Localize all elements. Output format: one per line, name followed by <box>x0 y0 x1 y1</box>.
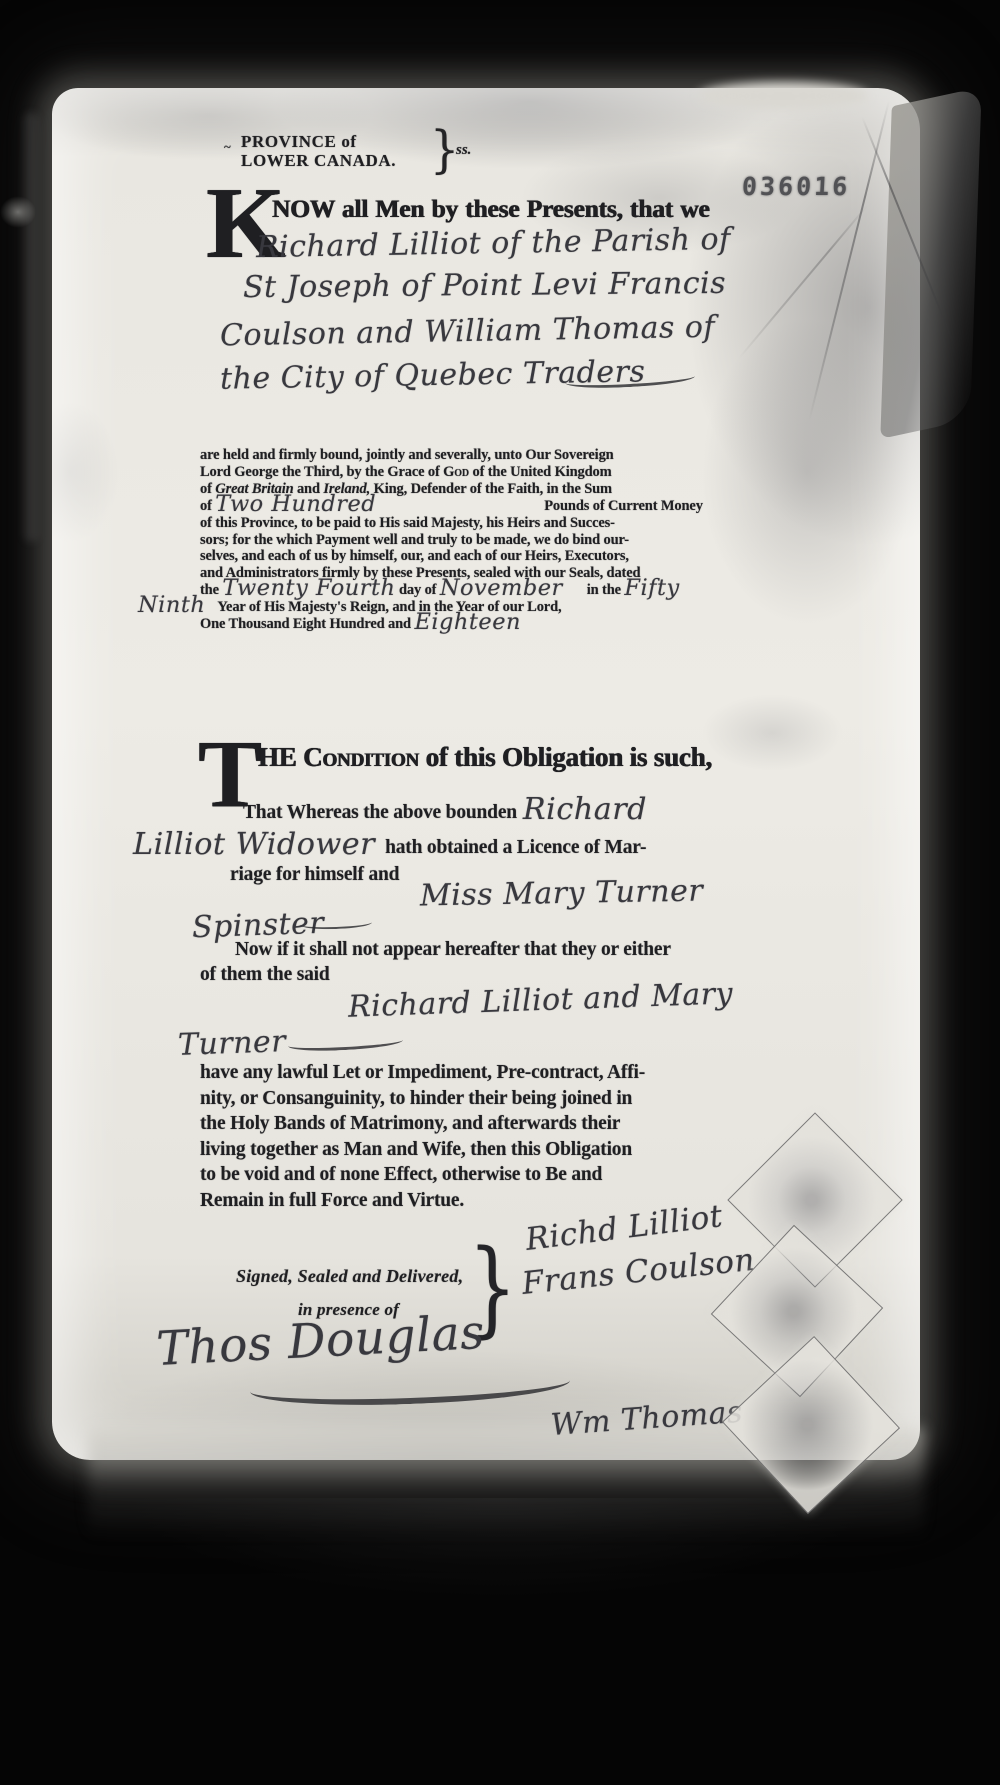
text-segment: sors; for the which Payment well and tru… <box>200 532 629 548</box>
scanned-document-page: ~ PROVINCE of LOWER CANADA. } ss. 036016… <box>0 0 1000 1785</box>
signed-sealed-line: Signed, Sealed and Delivered, <box>236 1266 463 1287</box>
scan-shadow <box>120 1498 880 1598</box>
text-segment: of <box>200 498 215 514</box>
scan-edge-artifact <box>24 112 38 542</box>
condition-heading: HE Condition of this Obligation is such, <box>258 742 712 773</box>
handwritten-parties-line4: the City of Quebec Traders <box>220 354 646 396</box>
text-segment: of this Obligation is such, <box>419 742 712 772</box>
jurat-ss-abbreviation: ss. <box>456 142 471 159</box>
text-line: sors; for the which Payment well and tru… <box>200 532 712 549</box>
condition-body-paragraph: have any lawful Let or Impediment, Pre-c… <box>200 1060 728 1214</box>
text-line: nity, or Consanguinity, to hinder their … <box>200 1086 728 1112</box>
bond-paragraph: are held and firmly bound, jointly and s… <box>200 447 712 633</box>
opening-heading: NOW all Men by these Presents, that we <box>272 194 710 224</box>
text-segment: in the <box>587 582 625 598</box>
text-line: Lilliot Widowerhath obtained a Licence o… <box>133 835 646 861</box>
text-segment: hath obtained a Licence of Mar- <box>385 837 646 858</box>
jurat-brace: } <box>430 124 459 175</box>
licence-line: Lilliot Widowerhath obtained a Licence o… <box>133 835 646 861</box>
handwritten-insertion: Richard <box>523 792 647 827</box>
text-segment: That Whereas the above bounden <box>243 802 517 823</box>
now-if-line2: of them the said <box>200 962 330 988</box>
text-line: of Two HundredPounds of Current Money <box>200 498 712 515</box>
text-segment: of this Province, to be paid to His said… <box>200 515 615 531</box>
text-line: of this Province, to be paid to His said… <box>200 515 712 532</box>
text-segment: selves, and each of us by himself, our, … <box>200 548 629 564</box>
handwritten-bride-name: Miss Mary Turner <box>420 874 704 914</box>
text-line: HE Condition of this Obligation is such, <box>258 742 712 773</box>
handwritten-insertion: Eighteen <box>414 609 521 635</box>
text-line: That Whereas the above boundenRichard <box>243 800 647 826</box>
handwritten-turner: Turner <box>177 1024 286 1063</box>
stamp-number: 036016 <box>741 172 851 201</box>
text-line: Lord George the Third, by the Grace of G… <box>200 464 712 481</box>
text-line: the Twenty Fourth day of Novemberin the … <box>200 582 712 599</box>
text-line: are held and firmly bound, jointly and s… <box>200 447 712 464</box>
text-line: living together as Man and Wife, then th… <box>200 1137 728 1163</box>
jurat-caption: PROVINCE of LOWER CANADA. <box>241 133 396 170</box>
text-line: the Holy Bands of Matrimony, and afterwa… <box>200 1111 728 1137</box>
text-line: selves, and each of us by himself, our, … <box>200 548 712 565</box>
paper-corner-flap <box>880 87 981 439</box>
handwritten-insertion: Fifty <box>624 575 679 601</box>
text-line: One Thousand Eight Hundred and Eighteen <box>200 616 712 633</box>
text-line: to be void and of none Effect, otherwise… <box>200 1162 728 1188</box>
text-segment: of the United Kingdom <box>469 464 612 480</box>
text-segment: Pounds of Current Money <box>544 498 703 514</box>
text-segment: God <box>443 464 469 480</box>
text-segment: of <box>200 481 215 497</box>
whereas-line: That Whereas the above boundenRichard <box>243 800 647 826</box>
handwritten-insertion: Two Hundred <box>215 491 376 517</box>
handwritten-insertion: Lilliot Widower <box>133 827 375 862</box>
now-if-line1: Now if it shall not appear hereafter tha… <box>235 937 671 963</box>
text-segment: One Thousand Eight Hundred and <box>200 616 414 632</box>
text-segment: King, Defender of the Faith, in the Sum <box>370 481 612 497</box>
text-segment: day of <box>396 582 440 598</box>
text-line: have any lawful Let or Impediment, Pre-c… <box>200 1060 728 1086</box>
printers-mark: ~ <box>224 139 231 155</box>
handwritten-insertion: November <box>440 575 563 601</box>
text-segment: Condition <box>303 742 419 772</box>
handwritten-insertion: Ninth <box>138 592 205 618</box>
text-segment: are held and firmly bound, jointly and s… <box>200 447 614 463</box>
jurat-line1: PROVINCE of <box>241 133 396 152</box>
handwritten-parties-line2: St Joseph of Point Levi Francis <box>243 266 726 305</box>
text-segment: Lord George the Third, by the Grace of <box>200 464 443 480</box>
riage-line: riage for himself and <box>230 862 399 888</box>
paper-edge-highlight <box>698 82 868 110</box>
text-segment: HE <box>258 742 303 772</box>
handwritten-insertion: Twenty Fourth <box>222 575 395 601</box>
scan-edge-artifact <box>0 196 36 228</box>
